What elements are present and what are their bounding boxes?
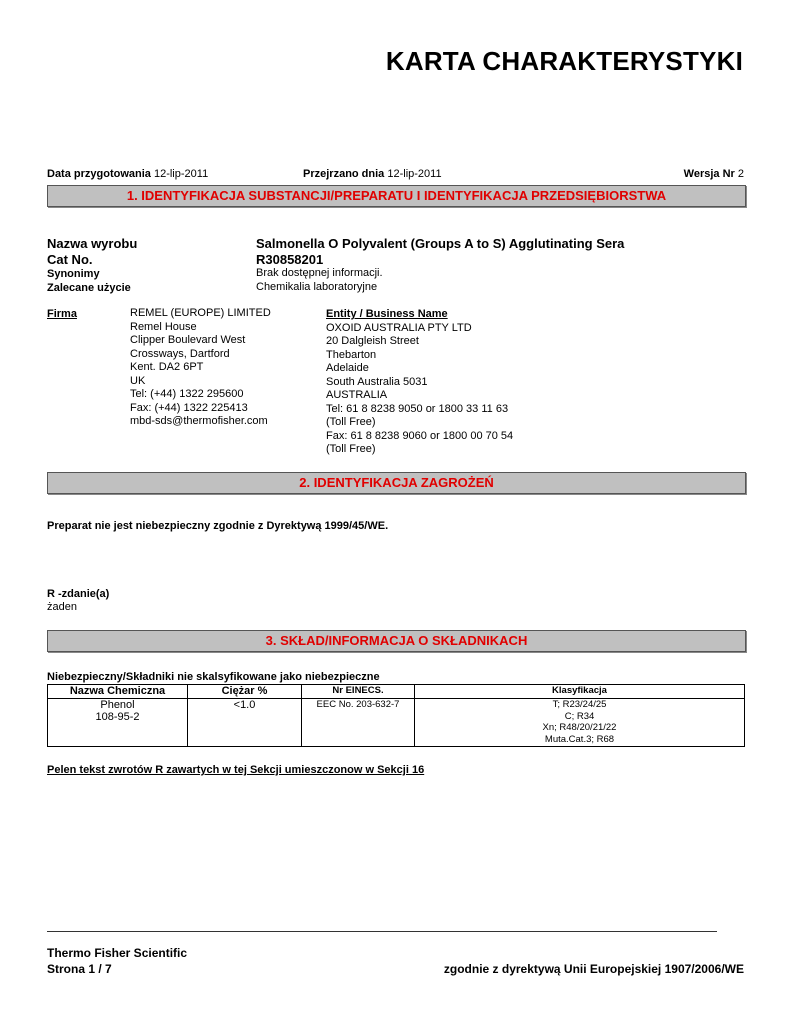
version: Wersja Nr 2 xyxy=(684,168,744,180)
classification-line: T; R23/24/25 xyxy=(417,699,742,711)
company-line: Remel House xyxy=(130,321,271,335)
company-line: Clipper Boulevard West xyxy=(130,334,271,348)
components-table-caption: Niebezpieczny/Składniki nie skalsyfikowa… xyxy=(47,671,380,683)
classification-line: Xn; R48/20/21/22 xyxy=(417,722,742,734)
footer-regulation: zgodnie z dyrektywą Unii Europejskiej 19… xyxy=(444,962,744,976)
product-name-value: Salmonella O Polyvalent (Groups A to S) … xyxy=(256,236,624,251)
company-email[interactable]: mbd-sds@thermofisher.com xyxy=(130,415,271,429)
section-2-header: 2. IDENTYFIKACJA ZAGROŻEŃ xyxy=(47,472,746,494)
version-value: 2 xyxy=(738,168,744,180)
r-phrases-note: Pelen tekst zwrotów R zawartych w tej Se… xyxy=(47,764,424,776)
cell-classification: T; R23/24/25 C; R34 Xn; R48/20/21/22 Mut… xyxy=(415,699,745,747)
cat-no-value: R30858201 xyxy=(256,252,323,267)
company-line: REMEL (EUROPE) LIMITED xyxy=(130,307,271,321)
classification-line: Muta.Cat.3; R68 xyxy=(417,734,742,746)
preparation-date-value: 12-lip-2011 xyxy=(154,168,208,180)
entity-line: Thebarton xyxy=(326,349,513,363)
synonyms-label: Synonimy xyxy=(47,268,100,280)
company-line: Kent. DA2 6PT xyxy=(130,361,271,375)
column-header-classification: Klasyfikacja xyxy=(415,685,745,699)
entity-line: Tel: 61 8 8238 9050 or 1800 33 11 63 xyxy=(326,403,513,417)
entity-line: South Australia 5031 xyxy=(326,376,513,390)
product-name-label: Nazwa wyrobu xyxy=(47,236,137,251)
section-3-header: 3. SKŁAD/INFORMACJA O SKŁADNIKACH xyxy=(47,630,746,652)
cell-weight: <1.0 xyxy=(188,699,302,747)
company-line: Crossways, Dartford xyxy=(130,348,271,362)
revision-date-label: Przejrzano dnia xyxy=(303,168,384,180)
company-line: Tel: (+44) 1322 295600 xyxy=(130,388,271,402)
synonyms-value: Brak dostępnej informacji. xyxy=(256,267,383,279)
recommended-use-label: Zalecane użycie xyxy=(47,282,131,294)
company-line: UK xyxy=(130,375,271,389)
company-label: Firma xyxy=(47,308,77,320)
footer-page-number: Strona 1 / 7 xyxy=(47,962,112,976)
column-header-chemical-name: Nazwa Chemiczna xyxy=(48,685,188,699)
cat-no-label: Cat No. xyxy=(47,252,93,267)
entity-line: Fax: 61 8 8238 9060 or 1800 00 70 54 xyxy=(326,430,513,444)
cell-einecs: EEC No. 203-632-7 xyxy=(302,699,415,747)
company-line: Fax: (+44) 1322 225413 xyxy=(130,402,271,416)
revision-date-value: 12-lip-2011 xyxy=(387,168,441,180)
components-table: Nazwa Chemiczna Ciężar % Nr EINECS. Klas… xyxy=(47,684,745,747)
cell-chemical-name: Phenol 108-95-2 xyxy=(48,699,188,747)
document-title: KARTA CHARAKTERYSTYKI xyxy=(386,46,743,77)
entity-line: (Toll Free) xyxy=(326,416,513,430)
column-header-weight: Ciężar % xyxy=(188,685,302,699)
entity-line: AUSTRALIA xyxy=(326,389,513,403)
r-phrases-label: R -zdanie(a) xyxy=(47,588,109,600)
hazard-statement: Preparat nie jest niebezpieczny zgodnie … xyxy=(47,520,388,532)
chemical-name: Phenol xyxy=(50,699,185,711)
entity-line: OXOID AUSTRALIA PTY LTD xyxy=(326,322,513,336)
footer-company: Thermo Fisher Scientific xyxy=(47,946,187,960)
entity-line: Adelaide xyxy=(326,362,513,376)
entity-line: 20 Dalgleish Street xyxy=(326,335,513,349)
r-phrases-value: żaden xyxy=(47,601,77,613)
classification-line: C; R34 xyxy=(417,711,742,723)
table-row: Phenol 108-95-2 <1.0 EEC No. 203-632-7 T… xyxy=(48,699,745,747)
revision-date: Przejrzano dnia 12-lip-2011 xyxy=(303,168,442,180)
footer-divider xyxy=(47,931,717,932)
version-label: Wersja Nr xyxy=(684,168,735,180)
entity-label: Entity / Business Name xyxy=(326,308,513,322)
entity-address: Entity / Business Name OXOID AUSTRALIA P… xyxy=(326,308,513,457)
column-header-einecs: Nr EINECS. xyxy=(302,685,415,699)
entity-line: (Toll Free) xyxy=(326,443,513,457)
section-1-header: 1. IDENTYFIKACJA SUBSTANCJI/PREPARATU I … xyxy=(47,185,746,207)
preparation-date-label: Data przygotowania xyxy=(47,168,151,180)
recommended-use-value: Chemikalia laboratoryjne xyxy=(256,281,377,293)
company-address: REMEL (EUROPE) LIMITED Remel House Clipp… xyxy=(130,307,271,429)
cas-number: 108-95-2 xyxy=(50,711,185,723)
preparation-date: Data przygotowania 12-lip-2011 xyxy=(47,168,208,180)
table-header-row: Nazwa Chemiczna Ciężar % Nr EINECS. Klas… xyxy=(48,685,745,699)
